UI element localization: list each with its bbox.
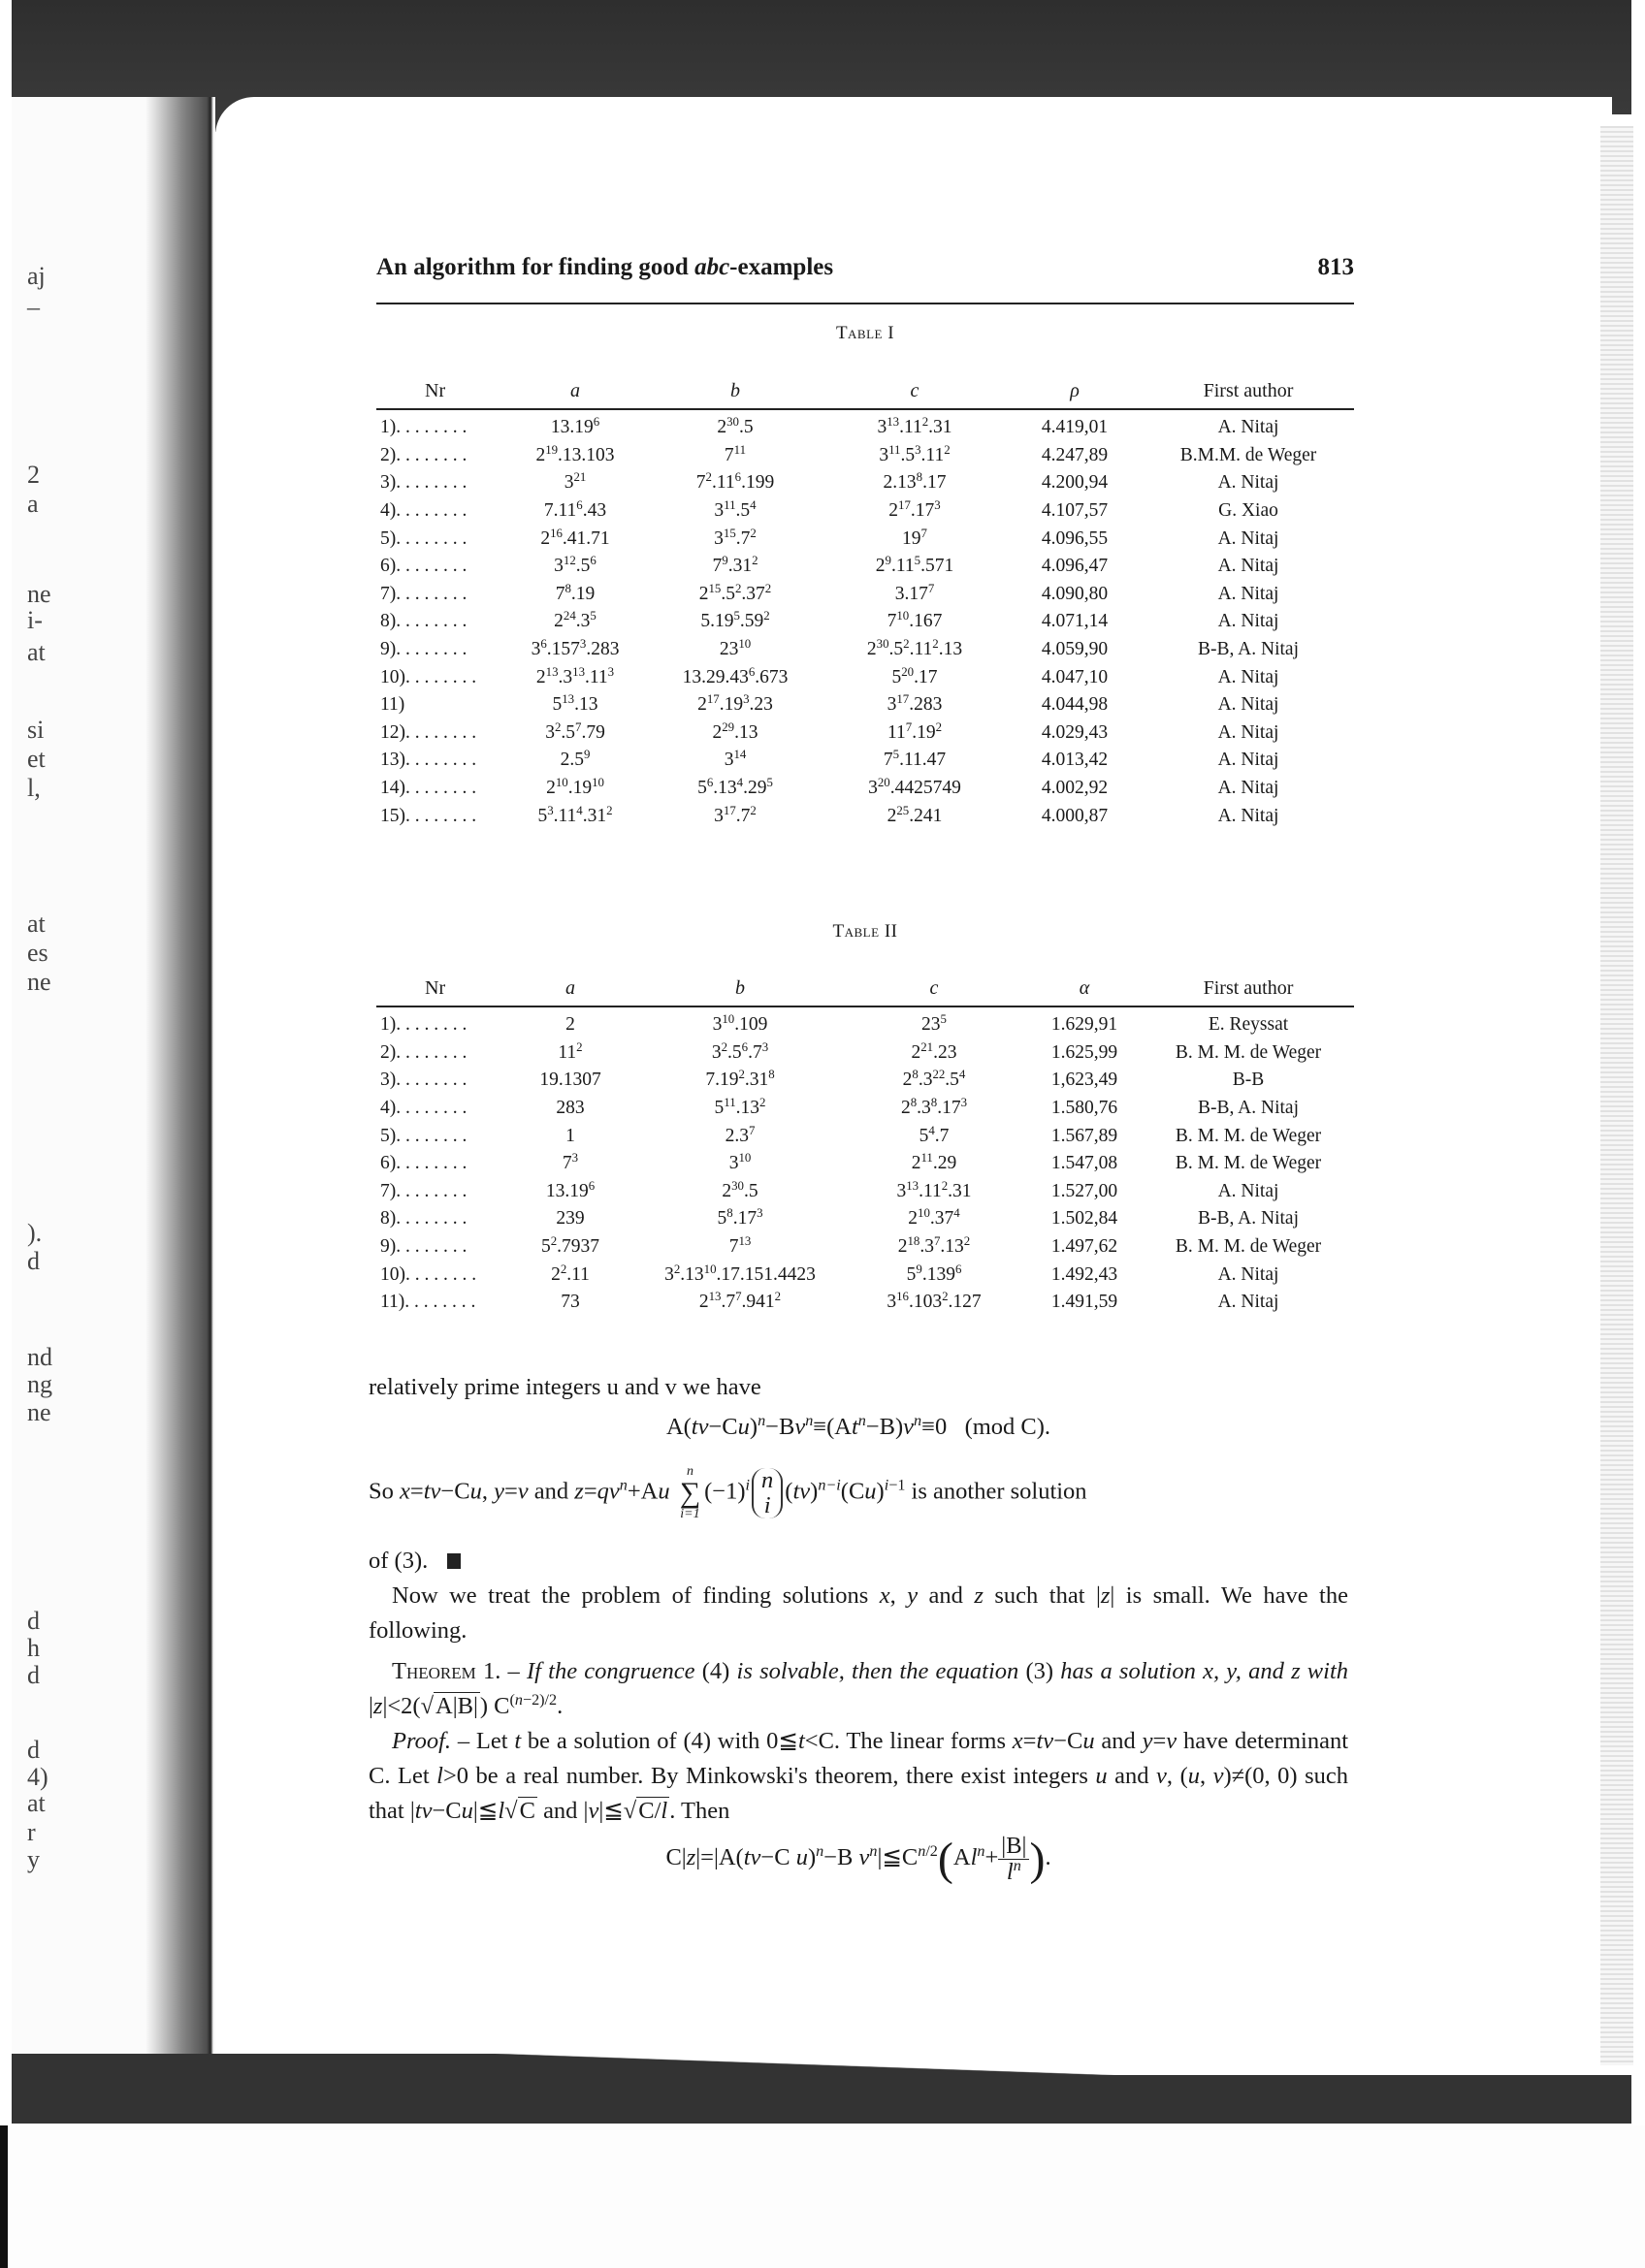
table2-caption: Table II (376, 921, 1354, 942)
table-row: 2). . . . . . . .219.13.103711311.53.112… (376, 442, 1354, 470)
table2-cell-q: 1,623,49 (1026, 1067, 1143, 1095)
table2-cell-q: 1.492,43 (1026, 1261, 1143, 1289)
table2-cell-nr: 10). . . . . . . . (376, 1261, 502, 1289)
table-row: 9). . . . . . . .52.7937713218.37.1321.4… (376, 1233, 1354, 1262)
table1-cell-a: 513.13 (502, 691, 648, 719)
table1-cell-a: 312.56 (502, 553, 648, 581)
table1-cell-author: A. Nitaj (1143, 802, 1354, 830)
table1-cell-author: A. Nitaj (1143, 525, 1354, 553)
table2-cell-nr: 9). . . . . . . . (376, 1233, 502, 1262)
table-row: 4). . . . . . . .7.116.43311.54217.1734.… (376, 497, 1354, 526)
table1-cell-nr: 13). . . . . . . . (376, 747, 502, 775)
table2-header-author: First author (1143, 977, 1354, 1006)
table2-cell-q: 1.547,08 (1026, 1150, 1143, 1178)
table-row: 10). . . . . . . .22.1132.1310.17.151.44… (376, 1261, 1354, 1289)
adjacent-page-text-fragment: d (27, 1661, 40, 1690)
table1-cell-q: 4.002,92 (1007, 775, 1143, 803)
table1-cell-b: 229.13 (648, 719, 822, 748)
table1-cell-nr: 4). . . . . . . . (376, 497, 502, 526)
summation-symbol: n∑i=1 (680, 1464, 700, 1522)
table-row: 4). . . . . . . .283511.13228.38.1731.58… (376, 1095, 1354, 1123)
table-row: 14). . . . . . . .210.191056.134.295320.… (376, 775, 1354, 803)
qed-square-icon (447, 1553, 461, 1569)
table2-cell-a: 52.7937 (502, 1233, 638, 1262)
table2-cell-q: 1.580,76 (1026, 1095, 1143, 1123)
table1-cell-c: 29.115.571 (822, 553, 1007, 581)
table1-cell-author: B-B, A. Nitaj (1143, 636, 1354, 664)
table2-cell-nr: 7). . . . . . . . (376, 1178, 502, 1206)
table1-cell-a: 210.1910 (502, 775, 648, 803)
table1-cell-q: 4.096,47 (1007, 553, 1143, 581)
table-row: 9). . . . . . . .36.1573.2832310230.52.1… (376, 636, 1354, 664)
table1-cell-c: 225.241 (822, 802, 1007, 830)
table2-cell-q: 1.491,59 (1026, 1289, 1143, 1317)
table2-cell-author: B-B (1143, 1067, 1354, 1095)
table2-cell-c: 211.29 (842, 1150, 1026, 1178)
adjacent-page-text-fragment: – (27, 293, 40, 322)
table2-cell-c: 221.23 (842, 1039, 1026, 1068)
table2-cell-c: 54.7 (842, 1122, 1026, 1150)
table1-cell-a: 13.196 (502, 409, 648, 442)
table-row: 6). . . . . . . .73310211.291.547,08B. M… (376, 1150, 1354, 1178)
table-row: 11). . . . . . . .73213.77.9412316.1032.… (376, 1289, 1354, 1317)
paragraph-relatively-prime: relatively prime integers u and v we hav… (369, 1370, 1348, 1405)
table1-cell-a: 224.35 (502, 608, 648, 636)
adjacent-page-text-fragment: es (27, 939, 48, 968)
table2-cell-author: B. M. M. de Weger (1143, 1122, 1354, 1150)
adjacent-page-text-fragment: r (27, 1818, 36, 1847)
paragraph-of-3: of (3). (369, 1544, 1348, 1579)
table2-cell-c: 235 (842, 1006, 1026, 1039)
table1-cell-author: G. Xiao (1143, 497, 1354, 526)
adjacent-page-text-fragment: nd (27, 1343, 52, 1372)
table2-cell-nr: 11). . . . . . . . (376, 1289, 502, 1317)
table1-cell-b: 215.52.372 (648, 581, 822, 609)
table2-cell-author: B-B, A. Nitaj (1143, 1205, 1354, 1233)
table-row: 5). . . . . . . .12.3754.71.567,89B. M. … (376, 1122, 1354, 1150)
table1-cell-c: 313.112.31 (822, 409, 1007, 442)
table1-cell-c: 320.4425749 (822, 775, 1007, 803)
table-row: 7). . . . . . . .78.19215.52.3723.1774.0… (376, 581, 1354, 609)
table1-cell-c: 217.173 (822, 497, 1007, 526)
table-row: 10). . . . . . . .213.313.11313.29.436.6… (376, 663, 1354, 691)
table1-cell-b: 311.54 (648, 497, 822, 526)
adjacent-page-text-fragment: at (27, 1789, 46, 1818)
table1-cell-author: A. Nitaj (1143, 553, 1354, 581)
adjacent-page-text-fragment: aj (27, 262, 46, 291)
table2-cell-b: 213.77.9412 (638, 1289, 842, 1317)
table2-cell-nr: 1). . . . . . . . (376, 1006, 502, 1039)
table1-header-nr: Nr (376, 380, 502, 409)
table2-cell-q: 1.502,84 (1026, 1205, 1143, 1233)
table1-cell-nr: 5). . . . . . . . (376, 525, 502, 553)
table-row: 12). . . . . . . .32.57.79229.13117.1924… (376, 719, 1354, 748)
table1-cell-b: 2310 (648, 636, 822, 664)
table-row: 1). . . . . . . .13.196230.5313.112.314.… (376, 409, 1354, 442)
table2-cell-a: 112 (502, 1039, 638, 1068)
table2-cell-a: 239 (502, 1205, 638, 1233)
equation-congruence: A(tv−Cu)n−Bvn≡(Atn−B)vn≡0 (mod C). (369, 1414, 1348, 1441)
table1-cell-author: A. Nitaj (1143, 719, 1354, 748)
table-row: 13). . . . . . . .2.5931475.11.474.013,4… (376, 747, 1354, 775)
table2: NrabcαFirst author 1). . . . . . . .2310… (376, 977, 1354, 1317)
scanner-bed (0, 2125, 1645, 2268)
table1-cell-b: 5.195.592 (648, 608, 822, 636)
table1-cell-nr: 15). . . . . . . . (376, 802, 502, 830)
theorem-1: Theorem 1. – If the congruence (4) is so… (369, 1654, 1348, 1724)
table1-header-b: b (648, 380, 822, 409)
table1-cell-a: 78.19 (502, 581, 648, 609)
table1-cell-q: 4.000,87 (1007, 802, 1143, 830)
page-stack-edge (1600, 126, 1633, 2065)
table2-cell-b: 2.37 (638, 1122, 842, 1150)
table2-cell-author: E. Reyssat (1143, 1006, 1354, 1039)
table2-cell-author: B. M. M. de Weger (1143, 1233, 1354, 1262)
table1-cell-c: 117.192 (822, 719, 1007, 748)
table-row: 3). . . . . . . .32172.116.1992.138.174.… (376, 469, 1354, 497)
table1-cell-a: 2.59 (502, 747, 648, 775)
table2-cell-nr: 8). . . . . . . . (376, 1205, 502, 1233)
table2-cell-c: 28.322.54 (842, 1067, 1026, 1095)
adjacent-page-text-fragment: et (27, 745, 46, 774)
table2-cell-b: 310.109 (638, 1006, 842, 1039)
table1-cell-nr: 11) (376, 691, 502, 719)
running-head: An algorithm for finding good abc-exampl… (376, 254, 1354, 304)
table1-cell-b: 230.5 (648, 409, 822, 442)
table2-cell-b: 58.173 (638, 1205, 842, 1233)
table1-cell-c: 75.11.47 (822, 747, 1007, 775)
table1-cell-q: 4.029,43 (1007, 719, 1143, 748)
table1-cell-nr: 8). . . . . . . . (376, 608, 502, 636)
table1-cell-nr: 10). . . . . . . . (376, 663, 502, 691)
table1-cell-b: 217.193.23 (648, 691, 822, 719)
paragraph-another-solution: So x=tv−Cu, y=v and z=qvn+Au n∑i=1(−1)in… (369, 1464, 1348, 1522)
table-row: 8). . . . . . . .224.355.195.592710.1674… (376, 608, 1354, 636)
table1: NrabcρFirst author 1). . . . . . . .13.1… (376, 380, 1354, 830)
adjacent-page-text-fragment: d (27, 1736, 40, 1765)
table1-cell-nr: 6). . . . . . . . (376, 553, 502, 581)
table2-cell-author: B-B, A. Nitaj (1143, 1095, 1354, 1123)
table1-cell-b: 72.116.199 (648, 469, 822, 497)
table1-cell-author: A. Nitaj (1143, 581, 1354, 609)
adjacent-page-text-fragment: at (27, 638, 46, 667)
table1-cell-author: A. Nitaj (1143, 691, 1354, 719)
table1-cell-c: 230.52.112.13 (822, 636, 1007, 664)
table1-cell-nr: 1). . . . . . . . (376, 409, 502, 442)
table1-cell-author: A. Nitaj (1143, 663, 1354, 691)
table1-cell-c: 2.138.17 (822, 469, 1007, 497)
table1-cell-a: 53.114.312 (502, 802, 648, 830)
table1-cell-b: 13.29.436.673 (648, 663, 822, 691)
table1-cell-q: 4.107,57 (1007, 497, 1143, 526)
table2-cell-q: 1.629,91 (1026, 1006, 1143, 1039)
table1-cell-a: 216.41.71 (502, 525, 648, 553)
table1-cell-a: 7.116.43 (502, 497, 648, 526)
table1-cell-a: 219.13.103 (502, 442, 648, 470)
table2-cell-nr: 4). . . . . . . . (376, 1095, 502, 1123)
table-row: 6). . . . . . . .312.5679.31229.115.5714… (376, 553, 1354, 581)
table2-cell-q: 1.625,99 (1026, 1039, 1143, 1068)
table1-cell-c: 520.17 (822, 663, 1007, 691)
table2-cell-nr: 3). . . . . . . . (376, 1067, 502, 1095)
table2-cell-a: 22.11 (502, 1261, 638, 1289)
table1-cell-q: 4.419,01 (1007, 409, 1143, 442)
table-row: 15). . . . . . . .53.114.312317.72225.24… (376, 802, 1354, 830)
table-row: 7). . . . . . . .13.196230.5313.112.311.… (376, 1178, 1354, 1206)
table1-cell-a: 213.313.113 (502, 663, 648, 691)
table1-cell-b: 315.72 (648, 525, 822, 553)
table2-header-q: α (1026, 977, 1143, 1006)
table2-cell-c: 313.112.31 (842, 1178, 1026, 1206)
table2-cell-b: 230.5 (638, 1178, 842, 1206)
table1-cell-q: 4.200,94 (1007, 469, 1143, 497)
table1-cell-nr: 14). . . . . . . . (376, 775, 502, 803)
adjacent-page-text-fragment: 4) (27, 1763, 48, 1792)
table-row: 3). . . . . . . .19.13077.192.31828.322.… (376, 1067, 1354, 1095)
theorem-label: Theorem 1. (392, 1658, 500, 1684)
table1-cell-a: 36.1573.283 (502, 636, 648, 664)
table2-header-c: c (842, 977, 1026, 1006)
table2-cell-a: 19.1307 (502, 1067, 638, 1095)
table1-header: NrabcρFirst author (376, 380, 1354, 409)
book-gutter-shadow (145, 97, 213, 2075)
table1-cell-nr: 7). . . . . . . . (376, 581, 502, 609)
table2-header-nr: Nr (376, 977, 502, 1006)
table2-cell-a: 73 (502, 1150, 638, 1178)
table2-cell-a: 2 (502, 1006, 638, 1039)
fraction: |B|ln (998, 1834, 1029, 1885)
table1-caption: Table I (376, 323, 1354, 344)
table2-cell-author: A. Nitaj (1143, 1289, 1354, 1317)
table1-header-author: First author (1143, 380, 1354, 409)
table2-cell-b: 511.132 (638, 1095, 842, 1123)
table2-cell-b: 32.56.73 (638, 1039, 842, 1068)
binomial-coefficient: ni (752, 1468, 783, 1518)
table2-cell-q: 1.567,89 (1026, 1122, 1143, 1150)
table1-cell-author: A. Nitaj (1143, 469, 1354, 497)
adjacent-page-text-fragment: ). (27, 1219, 42, 1248)
table-row: 1). . . . . . . .2310.1092351.629,91E. R… (376, 1006, 1354, 1039)
table2-cell-author: B. M. M. de Weger (1143, 1039, 1354, 1068)
table1-cell-b: 56.134.295 (648, 775, 822, 803)
table1-cell-c: 710.167 (822, 608, 1007, 636)
table1-cell-q: 4.044,98 (1007, 691, 1143, 719)
table2-cell-a: 283 (502, 1095, 638, 1123)
adjacent-page-text-fragment: a (27, 490, 39, 519)
table1-cell-a: 32.57.79 (502, 719, 648, 748)
table1-cell-q: 4.090,80 (1007, 581, 1143, 609)
table1-cell-b: 79.312 (648, 553, 822, 581)
proof-paragraph: Proof. – Let t be a solution of (4) with… (369, 1724, 1348, 1829)
adjacent-page-text-fragment: ne (27, 1398, 51, 1427)
adjacent-page-text-fragment: at (27, 910, 46, 939)
table1-cell-q: 4.047,10 (1007, 663, 1143, 691)
table-row: 5). . . . . . . .216.41.71315.721974.096… (376, 525, 1354, 553)
table2-cell-b: 7.192.318 (638, 1067, 842, 1095)
table1-cell-c: 317.283 (822, 691, 1007, 719)
adjacent-page-text-fragment: l, (27, 774, 41, 803)
scan-shadow-bottom (12, 2075, 1631, 2124)
table1-cell-b: 314 (648, 747, 822, 775)
table2-cell-c: 218.37.132 (842, 1233, 1026, 1262)
table2-cell-nr: 6). . . . . . . . (376, 1150, 502, 1178)
adjacent-page-text-fragment: 2 (27, 461, 40, 490)
adjacent-page-text-fragment: ne (27, 580, 51, 609)
table2-cell-author: B. M. M. de Weger (1143, 1150, 1354, 1178)
page-number: 813 (1318, 254, 1355, 281)
adjacent-page-text-fragment: ng (27, 1370, 52, 1399)
table2-cell-b: 310 (638, 1150, 842, 1178)
adjacent-page-text-fragment: d (27, 1247, 40, 1276)
table2-cell-b: 32.1310.17.151.4423 (638, 1261, 842, 1289)
table2-header-b: b (638, 977, 842, 1006)
adjacent-page-text-fragment: h (27, 1634, 40, 1663)
table1-cell-nr: 12). . . . . . . . (376, 719, 502, 748)
table2-header-a: a (502, 977, 638, 1006)
adjacent-page-text-fragment: i- (27, 606, 43, 635)
adjacent-page-text-fragment: d (27, 1607, 40, 1636)
table1-cell-nr: 2). . . . . . . . (376, 442, 502, 470)
table1-cell-author: B.M.M. de Weger (1143, 442, 1354, 470)
table2-cell-author: A. Nitaj (1143, 1261, 1354, 1289)
table2-cell-nr: 2). . . . . . . . (376, 1039, 502, 1068)
table2-cell-a: 13.196 (502, 1178, 638, 1206)
table1-cell-author: A. Nitaj (1143, 608, 1354, 636)
table2-cell-c: 316.1032.127 (842, 1289, 1026, 1317)
table-row: 11)513.13217.193.23317.2834.044,98A. Nit… (376, 691, 1354, 719)
adjacent-page-text-fragment: si (27, 716, 44, 745)
table2-cell-b: 713 (638, 1233, 842, 1262)
table1-cell-c: 197 (822, 525, 1007, 553)
table1-cell-c: 3.177 (822, 581, 1007, 609)
table1-header-a: a (502, 380, 648, 409)
paragraph-small-z: Now we treat the problem of finding solu… (369, 1579, 1348, 1648)
table1-cell-author: A. Nitaj (1143, 775, 1354, 803)
proof-label: Proof. (392, 1728, 451, 1754)
table-row: 8). . . . . . . .23958.173210.3741.502,8… (376, 1205, 1354, 1233)
table1-cell-q: 4.096,55 (1007, 525, 1143, 553)
table-row: 2). . . . . . . .11232.56.73221.231.625,… (376, 1039, 1354, 1068)
table2-cell-q: 1.527,00 (1026, 1178, 1143, 1206)
table1-cell-q: 4.071,14 (1007, 608, 1143, 636)
table2-cell-c: 210.374 (842, 1205, 1026, 1233)
table1-cell-author: A. Nitaj (1143, 747, 1354, 775)
table2-cell-c: 28.38.173 (842, 1095, 1026, 1123)
table2-cell-a: 73 (502, 1289, 638, 1317)
table2-cell-c: 59.1396 (842, 1261, 1026, 1289)
equation-final-bound: C|z|=|A(tv−C u)n−B vn|≦Cn/2(Aln+|B|ln). (369, 1833, 1348, 1886)
table2-cell-a: 1 (502, 1122, 638, 1150)
table1-cell-nr: 3). . . . . . . . (376, 469, 502, 497)
table1-cell-q: 4.247,89 (1007, 442, 1143, 470)
table1-header-q: ρ (1007, 380, 1143, 409)
table1-cell-a: 321 (502, 469, 648, 497)
running-title: An algorithm for finding good abc-exampl… (376, 254, 833, 281)
table2-header: NrabcαFirst author (376, 977, 1354, 1006)
table2-cell-author: A. Nitaj (1143, 1178, 1354, 1206)
table1-cell-nr: 9). . . . . . . . (376, 636, 502, 664)
table1-cell-b: 711 (648, 442, 822, 470)
table1-cell-b: 317.72 (648, 802, 822, 830)
table1-cell-author: A. Nitaj (1143, 409, 1354, 442)
adjacent-page-text-fragment: y (27, 1845, 40, 1874)
table1-cell-c: 311.53.112 (822, 442, 1007, 470)
table2-cell-nr: 5). . . . . . . . (376, 1122, 502, 1150)
table1-cell-q: 4.059,90 (1007, 636, 1143, 664)
table2-cell-q: 1.497,62 (1026, 1233, 1143, 1262)
table1-header-c: c (822, 380, 1007, 409)
adjacent-page-text-fragment: ne (27, 968, 51, 997)
table1-cell-q: 4.013,42 (1007, 747, 1143, 775)
